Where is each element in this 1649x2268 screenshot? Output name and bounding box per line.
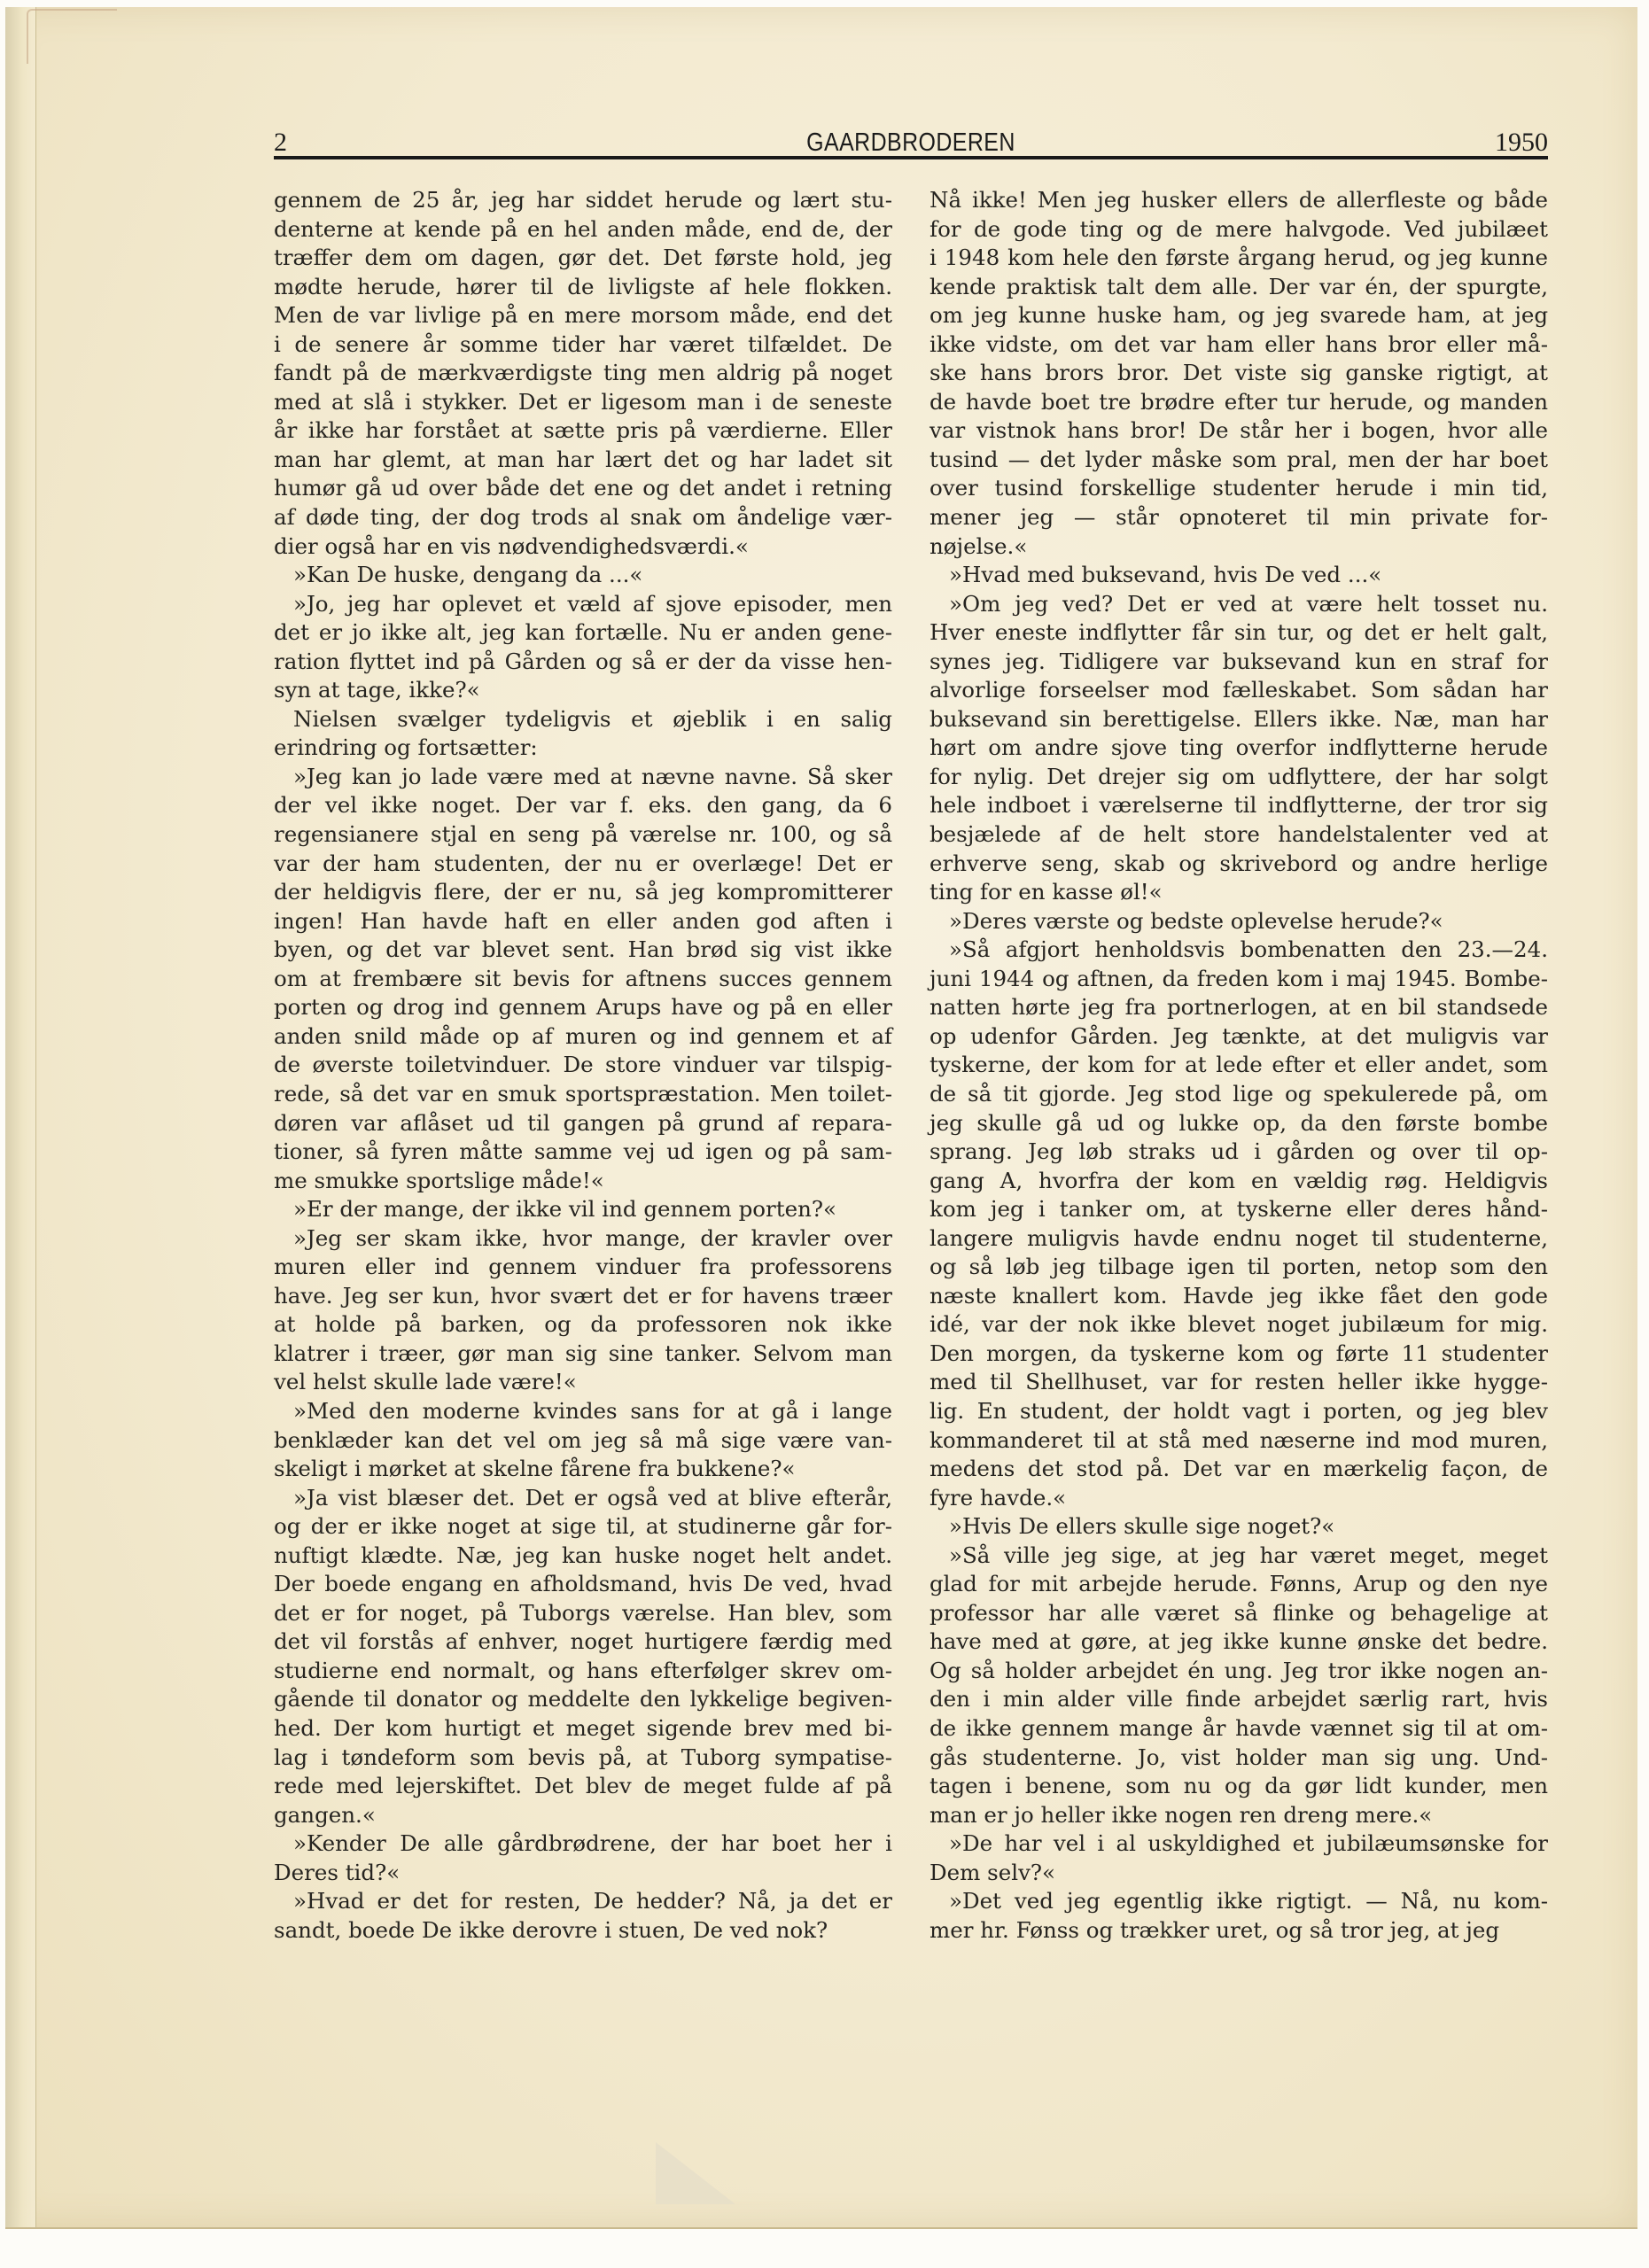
text-line: døren var aflåset ud til gangen på grund… xyxy=(274,1109,892,1138)
text-line: erhverve seng, skab og skrivebord og and… xyxy=(930,850,1548,879)
text-line: gang A, hvorfra der kom en vældig røg. H… xyxy=(930,1167,1548,1196)
text-line: var der ham studenten, der nu er overlæg… xyxy=(274,850,892,879)
text-line: for nylig. Det drejer sig om udflyttere,… xyxy=(930,763,1548,792)
article-column-left: gennem de 25 år, jeg har siddet herude o… xyxy=(274,186,892,1945)
text-line: »Deres værste og bedste oplevelse herude… xyxy=(930,907,1548,936)
text-line: de havde boet tre brødre efter tur herud… xyxy=(930,388,1548,417)
text-line: medens det stod på. Det var en mærkelig … xyxy=(930,1455,1548,1484)
text-line: om jeg kunne huske ham, og jeg svarede h… xyxy=(930,301,1548,330)
paragraph: »De har vel i al uskyldighed et jubilæum… xyxy=(930,1829,1548,1887)
text-line: syn at tage, ikke?« xyxy=(274,676,892,705)
text-line: de øverste toiletvinduer. De store vindu… xyxy=(274,1051,892,1080)
text-line: den i min alder ville finde arbejdet sær… xyxy=(930,1685,1548,1714)
text-line: kommanderet til at stå med næserne ind m… xyxy=(930,1426,1548,1456)
text-line: buksevand sin berettigelse. Ellers ikke.… xyxy=(930,705,1548,734)
text-line: op udenfor Gården. Jeg tænkte, at det mu… xyxy=(930,1022,1548,1052)
text-line: mener jeg — står opnoteret til min priva… xyxy=(930,503,1548,532)
torn-corner xyxy=(27,9,117,64)
text-line: alvorlige forseelser mod fælleskabet. So… xyxy=(930,676,1548,705)
text-line: »Så ville jeg sige, at jeg har været meg… xyxy=(930,1542,1548,1571)
text-line: Hver eneste indflytter får sin tur, og d… xyxy=(930,618,1548,648)
text-line: Den morgen, da tyskerne kom og førte 11 … xyxy=(930,1340,1548,1369)
text-line: professor har alle været så flinke og be… xyxy=(930,1599,1548,1628)
text-line: me smukke sportslige måde!« xyxy=(274,1167,892,1196)
text-line: »Kan De huske, dengang da ...« xyxy=(274,561,892,590)
text-line: humør gå ud over både det ene og det and… xyxy=(274,474,892,503)
text-line: byen, og det var blevet sent. Han brød s… xyxy=(274,936,892,965)
text-line: træffer dem om dagen, gør det. Det først… xyxy=(274,244,892,273)
text-line: nuftigt klædte. Næ, jeg kan huske noget … xyxy=(274,1542,892,1571)
text-line: Deres tid?« xyxy=(274,1859,892,1888)
text-line: hele indboet i værelserne til indflytter… xyxy=(930,791,1548,820)
paragraph: gennem de 25 år, jeg har siddet herude o… xyxy=(274,186,892,561)
paragraph: »Jo, jeg har oplevet et væld af sjove ep… xyxy=(274,590,892,705)
text-line: det vil forstås af enhver, noget hurtige… xyxy=(274,1627,892,1657)
text-line: studierne end normalt, og hans efterfølg… xyxy=(274,1657,892,1686)
text-line: idé, var der nok ikke blevet noget jubil… xyxy=(930,1310,1548,1340)
text-line: over tusind forskellige studenter herude… xyxy=(930,474,1548,503)
text-line: mer hr. Fønss og trækker uret, og så tro… xyxy=(930,1916,1548,1946)
text-line: at holde på barken, og da professoren no… xyxy=(274,1310,892,1340)
text-line: Men de var livlige på en mere morsom måd… xyxy=(274,301,892,330)
text-line: man har glemt, at man har lært det og ha… xyxy=(274,446,892,475)
text-line: var vistnok hans bror! De står her i bog… xyxy=(930,416,1548,446)
paragraph: »Jeg kan jo lade være med at nævne navne… xyxy=(274,763,892,1195)
binding-edge xyxy=(5,7,36,2227)
article-column-right: Nå ikke! Men jeg husker ellers de allerf… xyxy=(930,186,1548,1945)
text-line: porten og drog ind gennem Arups have og … xyxy=(274,993,892,1022)
text-line: »Hvad med buksevand, hvis De ved ...« xyxy=(930,561,1548,590)
paragraph: »Hvis De ellers skulle sige noget?« xyxy=(930,1512,1548,1542)
text-line: gås studenterne. Jo, vist holder man sig… xyxy=(930,1744,1548,1773)
text-line: benklæder kan det vel om jeg så må sige … xyxy=(274,1426,892,1456)
header-rule xyxy=(274,156,1548,159)
paragraph: »Om jeg ved? Det er ved at være helt tos… xyxy=(930,590,1548,907)
text-line: »Hvis De ellers skulle sige noget?« xyxy=(930,1512,1548,1542)
text-line: »Jeg kan jo lade være med at nævne navne… xyxy=(274,763,892,792)
text-line: ration flyttet ind på Gården og så er de… xyxy=(274,648,892,677)
text-line: af døde ting, der dog trods al snak om å… xyxy=(274,503,892,532)
text-line: denterne at kende på en hel anden måde, … xyxy=(274,215,892,245)
text-line: de ikke gennem mange år havde vænnet sig… xyxy=(930,1714,1548,1744)
text-line: regensianere stjal en seng på værelse nr… xyxy=(274,820,892,850)
text-line: vel helst skulle lade være!« xyxy=(274,1368,892,1397)
text-line: om at frembære sit bevis for aftnens suc… xyxy=(274,965,892,994)
text-line: synes jeg. Tidligere var buksevand kun e… xyxy=(930,648,1548,677)
text-line: ikke vidste, om det var ham eller hans b… xyxy=(930,330,1548,360)
paragraph: »Deres værste og bedste oplevelse herude… xyxy=(930,907,1548,936)
text-line: hørt om andre sjove ting overfor indflyt… xyxy=(930,734,1548,763)
text-line: gangen.« xyxy=(274,1801,892,1830)
text-line: fandt på de mærkværdigste ting men aldri… xyxy=(274,359,892,388)
text-line: sprang. Jeg løb straks ud i gården og ov… xyxy=(930,1138,1548,1167)
text-line: lig. En student, der holdt vagt i porten… xyxy=(930,1397,1548,1426)
text-line: sandt, boede De ikke derovre i stuen, De… xyxy=(274,1916,892,1946)
text-line: »Hvad er det for resten, De hedder? Nå, … xyxy=(274,1887,892,1916)
text-line: for de gode ting og de mere halvgode. Ve… xyxy=(930,215,1548,245)
text-line: år ikke har forstået at sætte pris på væ… xyxy=(274,416,892,446)
text-line: »Jeg ser skam ikke, hvor mange, der krav… xyxy=(274,1224,892,1254)
text-line: anden snild måde op af muren og ind genn… xyxy=(274,1022,892,1052)
text-line: det er jo ikke alt, jeg kan fortælle. Nu… xyxy=(274,618,892,648)
paragraph: »Ja vist blæser det. Det er også ved at … xyxy=(274,1484,892,1830)
paragraph: »Er der mange, der ikke vil ind gennem p… xyxy=(274,1195,892,1224)
text-line: Og så holder arbejdet én ung. Jeg tror i… xyxy=(930,1657,1548,1686)
text-line: kende praktisk talt dem alle. Der var én… xyxy=(930,273,1548,302)
text-line: i 1948 kom hele den første årgang herud,… xyxy=(930,244,1548,273)
text-line: tusind — det lyder måske som pral, men d… xyxy=(930,446,1548,475)
text-line: »Jo, jeg har oplevet et væld af sjove ep… xyxy=(274,590,892,619)
text-line: Nielsen svælger tydeligvis et øjeblik i … xyxy=(274,705,892,734)
text-line: »Ja vist blæser det. Det er også ved at … xyxy=(274,1484,892,1513)
text-line: natten hørte jeg fra portnerlogen, at en… xyxy=(930,993,1548,1022)
paragraph: »Så ville jeg sige, at jeg har været meg… xyxy=(930,1542,1548,1829)
text-line: dier også har en vis nødvendighedsværdi.… xyxy=(274,532,892,562)
torn-fragment xyxy=(656,2142,735,2204)
paragraph: »Så afgjort henholdsvis bombenatten den … xyxy=(930,936,1548,1512)
text-line: fyre havde.« xyxy=(930,1484,1548,1513)
text-line: ske hans brors bror. Det viste sig gansk… xyxy=(930,359,1548,388)
text-line: »Om jeg ved? Det er ved at være helt tos… xyxy=(930,590,1548,619)
text-line: i de senere år somme tider har været til… xyxy=(274,330,892,360)
text-line: langere muligvis havde endnu noget til s… xyxy=(930,1224,1548,1254)
text-line: mødte herude, hører til de livligste af … xyxy=(274,273,892,302)
text-line: ingen! Han havde haft en eller anden god… xyxy=(274,907,892,936)
text-line: muren eller ind gennem vinduer fra profe… xyxy=(274,1253,892,1282)
text-line: »De har vel i al uskyldighed et jubilæum… xyxy=(930,1829,1548,1859)
text-line: Nå ikke! Men jeg husker ellers de allerf… xyxy=(930,186,1548,215)
text-line: juni 1944 og aftnen, da freden kom i maj… xyxy=(930,965,1548,994)
paragraph: »Hvad er det for resten, De hedder? Nå, … xyxy=(274,1887,892,1945)
paragraph: »Med den moderne kvindes sans for at gå … xyxy=(274,1397,892,1484)
text-line: tagen i benene, som nu og da gør lidt ku… xyxy=(930,1772,1548,1801)
text-line: jeg skulle gå ud og lukke op, da den før… xyxy=(930,1109,1548,1138)
text-line: gennem de 25 år, jeg har siddet herude o… xyxy=(274,186,892,215)
text-line: Der boede engang en afholdsmand, hvis De… xyxy=(274,1570,892,1599)
text-line: ting for en kasse øl!« xyxy=(930,878,1548,907)
text-line: klatrer i træer, gør man sig sine tanker… xyxy=(274,1340,892,1369)
text-line: det er for noget, på Tuborgs værelse. Ha… xyxy=(274,1599,892,1628)
text-line: nøjelse.« xyxy=(930,532,1548,562)
text-line: kom jeg i tanker om, at tyskerne eller d… xyxy=(930,1195,1548,1224)
text-line: tioner, så fyren måtte samme vej ud igen… xyxy=(274,1138,892,1167)
text-line: med til Shellhuset, var for resten helle… xyxy=(930,1368,1548,1397)
publication-title: GAARDBRODEREN xyxy=(363,129,1459,156)
text-line: erindring og fortsætter: xyxy=(274,734,892,763)
paragraph: Nå ikke! Men jeg husker ellers de allerf… xyxy=(930,186,1548,561)
text-line: »Det ved jeg egentlig ikke rigtigt. — Nå… xyxy=(930,1887,1548,1916)
text-line: besjælede af de helt store handelstalent… xyxy=(930,820,1548,850)
text-line: have. Jeg ser kun, hvor svært det er for… xyxy=(274,1282,892,1311)
text-line: »Er der mange, der ikke vil ind gennem p… xyxy=(274,1195,892,1224)
text-line: man er jo heller ikke nogen ren dreng me… xyxy=(930,1801,1548,1830)
paragraph: »Kender De alle gårdbrødrene, der har bo… xyxy=(274,1829,892,1887)
text-line: og der er ikke noget at sige til, at stu… xyxy=(274,1512,892,1542)
text-line: skeligt i mørket at skelne fårene fra bu… xyxy=(274,1455,892,1484)
paragraph: »Det ved jeg egentlig ikke rigtigt. — Nå… xyxy=(930,1887,1548,1945)
paragraph: »Kan De huske, dengang da ...« xyxy=(274,561,892,590)
text-line: tyskerne, der kom for at lede efter et e… xyxy=(930,1051,1548,1080)
text-line: Dem selv?« xyxy=(930,1859,1548,1888)
text-line: de så tit gjorde. Jeg stod lige og speku… xyxy=(930,1080,1548,1109)
text-line: der heldigvis flere, der er nu, så jeg k… xyxy=(274,878,892,907)
paragraph: »Hvad med buksevand, hvis De ved ...« xyxy=(930,561,1548,590)
page-number: 2 xyxy=(274,129,287,156)
issue-year: 1950 xyxy=(1495,129,1548,156)
text-line: og så løb jeg tilbage igen til porten, n… xyxy=(930,1253,1548,1282)
running-header: 2 GAARDBRODEREN 1950 xyxy=(274,124,1548,159)
text-line: »Så afgjort henholdsvis bombenatten den … xyxy=(930,936,1548,965)
text-line: glad for mit arbejde herude. Fønns, Arup… xyxy=(930,1570,1548,1599)
text-line: lag i tøndeform som bevis på, at Tuborg … xyxy=(274,1744,892,1773)
paragraph: Nielsen svælger tydeligvis et øjeblik i … xyxy=(274,705,892,763)
text-line: med at slå i stykker. Det er ligesom man… xyxy=(274,388,892,417)
paragraph: »Jeg ser skam ikke, hvor mange, der krav… xyxy=(274,1224,892,1397)
text-line: rede med lejerskiftet. Det blev de meget… xyxy=(274,1772,892,1801)
text-line: næste knallert kom. Havde jeg ikke fået … xyxy=(930,1282,1548,1311)
text-line: rede, så det var en smuk sportspræstatio… xyxy=(274,1080,892,1109)
text-line: »Kender De alle gårdbrødrene, der har bo… xyxy=(274,1829,892,1859)
text-line: hed. Der kom hurtigt et meget sigende br… xyxy=(274,1714,892,1744)
text-line: der vel ikke noget. Der var f. eks. den … xyxy=(274,791,892,820)
text-line: have med at gøre, at jeg ikke kunne ønsk… xyxy=(930,1627,1548,1657)
text-line: gående til donator og meddelte den lykke… xyxy=(274,1685,892,1714)
text-line: »Med den moderne kvindes sans for at gå … xyxy=(274,1397,892,1426)
